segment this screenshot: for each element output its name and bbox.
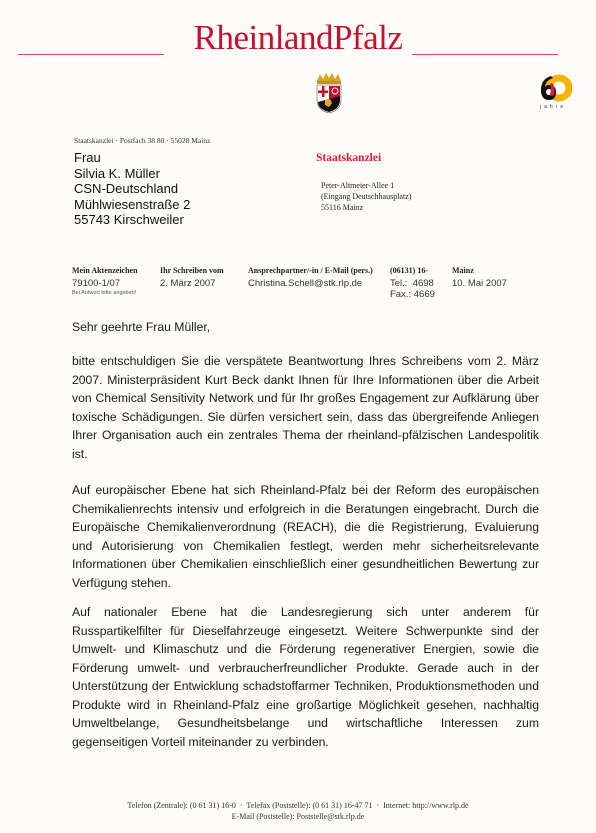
anniversary-60-icon — [536, 73, 572, 103]
department-address-line: Peter-Altmeier-Allee 1 — [321, 180, 411, 191]
recipient-line: Mühlwiesenstraße 2 — [74, 197, 190, 213]
contact-email: Christina.Schell@stk.rlp.de — [248, 278, 362, 289]
brand-wordmark: RheinlandPfalz — [0, 18, 596, 58]
my-reference-value: 79100-1/07 — [72, 278, 120, 289]
footer-email-line: E-Mail (Poststelle): Poststelle@stk.rlp.… — [0, 811, 596, 822]
reference-hint: Bei Antwort bitte angeben! — [72, 290, 136, 296]
phone-tel: Tel.: 4698 — [390, 278, 435, 289]
paragraph: Auf europäischer Ebene hat sich Rheinlan… — [72, 481, 539, 592]
sender-return-address: Staatskanzlei · Postfach 38 80 · 55028 M… — [74, 136, 210, 145]
recipient-line: Silvia K. Müller — [74, 166, 190, 182]
department-address-line: 55116 Mainz — [321, 202, 411, 213]
contact-label: Ansprechpartner/-in / E-Mail (pers.) — [248, 266, 373, 275]
department-address: Peter-Altmeier-Allee 1 (Eingang Deutschh… — [321, 180, 411, 213]
paragraph: Auf nationaler Ebene hat die Landesregie… — [72, 603, 539, 751]
your-letter-label: Ihr Schreiben vom — [160, 266, 224, 275]
footer-contact-line: Telefon (Zentrale): (0 61 31) 16-0 · Tel… — [0, 800, 596, 811]
phone-extensions: Tel.: 4698 Fax.: 4669 — [390, 278, 435, 300]
anniversary-label: Jahre — [540, 104, 566, 110]
footer: Telefon (Zentrale): (0 61 31) 16-0 · Tel… — [0, 800, 596, 822]
recipient-line: 55743 Kirschweiler — [74, 212, 190, 228]
department-name: Staatskanzlei — [316, 152, 381, 164]
phone-prefix-label: (06131) 16- — [390, 266, 428, 275]
paragraph: bitte entschuldigen Sie die verspätete B… — [72, 352, 539, 463]
recipient-address: Frau Silvia K. Müller CSN-Deutschland Mü… — [74, 150, 190, 228]
phone-fax: Fax.: 4669 — [390, 289, 435, 300]
recipient-line: CSN-Deutschland — [74, 181, 190, 197]
coat-of-arms-icon — [314, 72, 344, 114]
recipient-line: Frau — [74, 150, 190, 166]
letter-date: 10. Mai 2007 — [452, 278, 507, 289]
place-label: Mainz — [452, 266, 474, 275]
department-address-line: (Eingang Deutschhausplatz) — [321, 191, 411, 202]
salutation: Sehr geehrte Frau Müller, — [72, 318, 539, 337]
your-letter-date: 2. März 2007 — [160, 278, 215, 289]
my-reference-label: Mein Aktenzeichen — [72, 266, 138, 275]
